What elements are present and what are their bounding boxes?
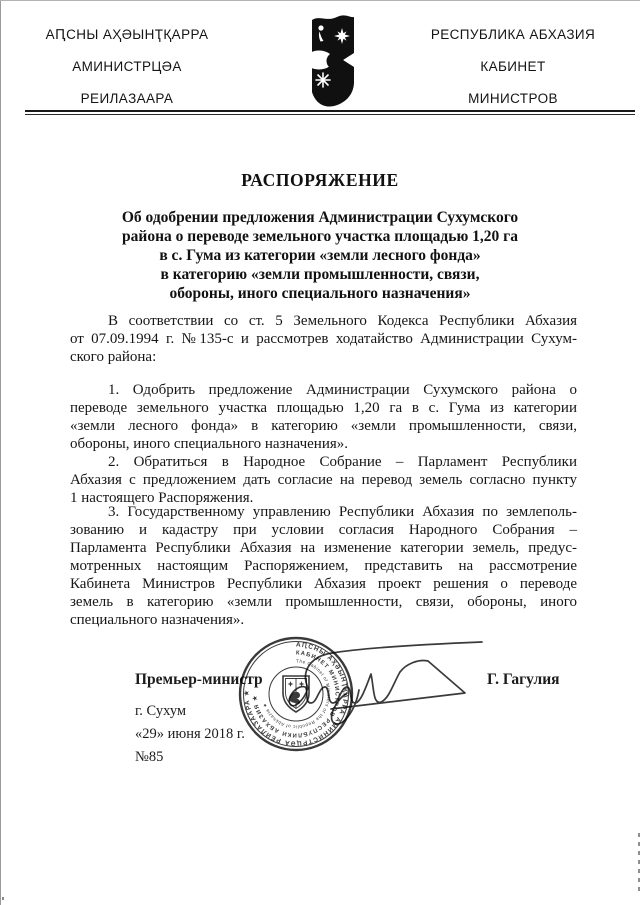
- body-line: обороны, иного специального назначения».: [70, 435, 577, 453]
- subtitle-line: в категорию «земли промышленности, связи…: [70, 265, 570, 284]
- header-right-line-1: РЕСПУБЛИКА АБХАЗИЯ: [408, 27, 618, 42]
- body-line: Парламента Республики Абхазия на изменен…: [70, 539, 577, 557]
- body-line: В соответствии со ст. 5 Земельного Кодек…: [70, 312, 577, 330]
- document-page: АԤСНЫ АҲӘЫНҬҚАРРА АМИНИСТРЦӘА РЕИЛАЗААРА…: [0, 0, 640, 905]
- scan-speck: [2, 897, 4, 900]
- body-line: Абхазия с предложением дать согласие на …: [70, 471, 577, 489]
- scan-edge-top: [0, 0, 640, 1]
- header-right-line-2: КАБИНЕТ: [408, 59, 618, 74]
- body-line: земель в категорию «земли промышленности…: [70, 593, 577, 611]
- header-rule-thick: [25, 110, 635, 112]
- header-right: РЕСПУБЛИКА АБХАЗИЯ КАБИНЕТ МИНИСТРОВ: [408, 27, 618, 107]
- body-line: от 07.09.1994 г. №135-с и рассмотрев ход…: [70, 330, 577, 348]
- header-right-line-3: МИНИСТРОВ: [408, 91, 618, 106]
- paragraph-intro: В соответствии со ст. 5 Земельного Кодек…: [70, 312, 577, 366]
- subtitle-line: района о переводе земельного участка пло…: [70, 227, 570, 246]
- header-rule-thin: [25, 114, 635, 115]
- header-left-line-1: АԤСНЫ АҲӘЫНҬҚАРРА: [22, 27, 232, 43]
- header-left: АԤСНЫ АҲӘЫНҬҚАРРА АМИНИСТРЦӘА РЕИЛАЗААРА: [22, 27, 232, 107]
- body-line: «земли лесного фонда» в категорию «земли…: [70, 417, 577, 435]
- document-subtitle: Об одобрении предложения Администрации С…: [70, 208, 570, 303]
- body-line: Кабинета Министров Республики Абхазия пр…: [70, 575, 577, 593]
- header-left-line-2: АМИНИСТРЦӘА: [22, 59, 232, 74]
- body-line: 2. Обратиться в Народное Собрание – Парл…: [70, 453, 577, 471]
- paragraph-point-3: 3. Государственному управлению Республик…: [70, 503, 577, 629]
- document-title: РАСПОРЯЖЕНИЕ: [0, 170, 640, 191]
- paragraph-point-2: 2. Обратиться в Народное Собрание – Парл…: [70, 453, 577, 507]
- signature-city: г. Сухум: [135, 703, 186, 720]
- document-number: №85: [135, 749, 163, 766]
- paragraph-point-1: 1. Одобрить предложение Администрации Су…: [70, 381, 577, 453]
- body-line: 3. Государственному управлению Республик…: [70, 503, 577, 521]
- abkhazia-emblem-icon: [304, 14, 360, 109]
- body-line: 1. Одобрить предложение Администрации Су…: [70, 381, 577, 399]
- header-left-line-3: РЕИЛАЗААРА: [22, 91, 232, 106]
- subtitle-line: обороны, иного специального назначения»: [70, 284, 570, 303]
- subtitle-line: в с. Гума из категории «земли лесного фо…: [70, 246, 570, 265]
- scan-edge-left: [0, 0, 1, 905]
- body-line: зованию и кадастру при условии согласия …: [70, 521, 577, 539]
- subtitle-line: Об одобрении предложения Администрации С…: [70, 208, 570, 227]
- body-line: переводе земельного участка площадью 1,2…: [70, 399, 577, 417]
- handwritten-signature-icon: [228, 626, 508, 761]
- body-line: ского района:: [70, 348, 577, 366]
- body-line: мотренных настоящим Распоряжением, предс…: [70, 557, 577, 575]
